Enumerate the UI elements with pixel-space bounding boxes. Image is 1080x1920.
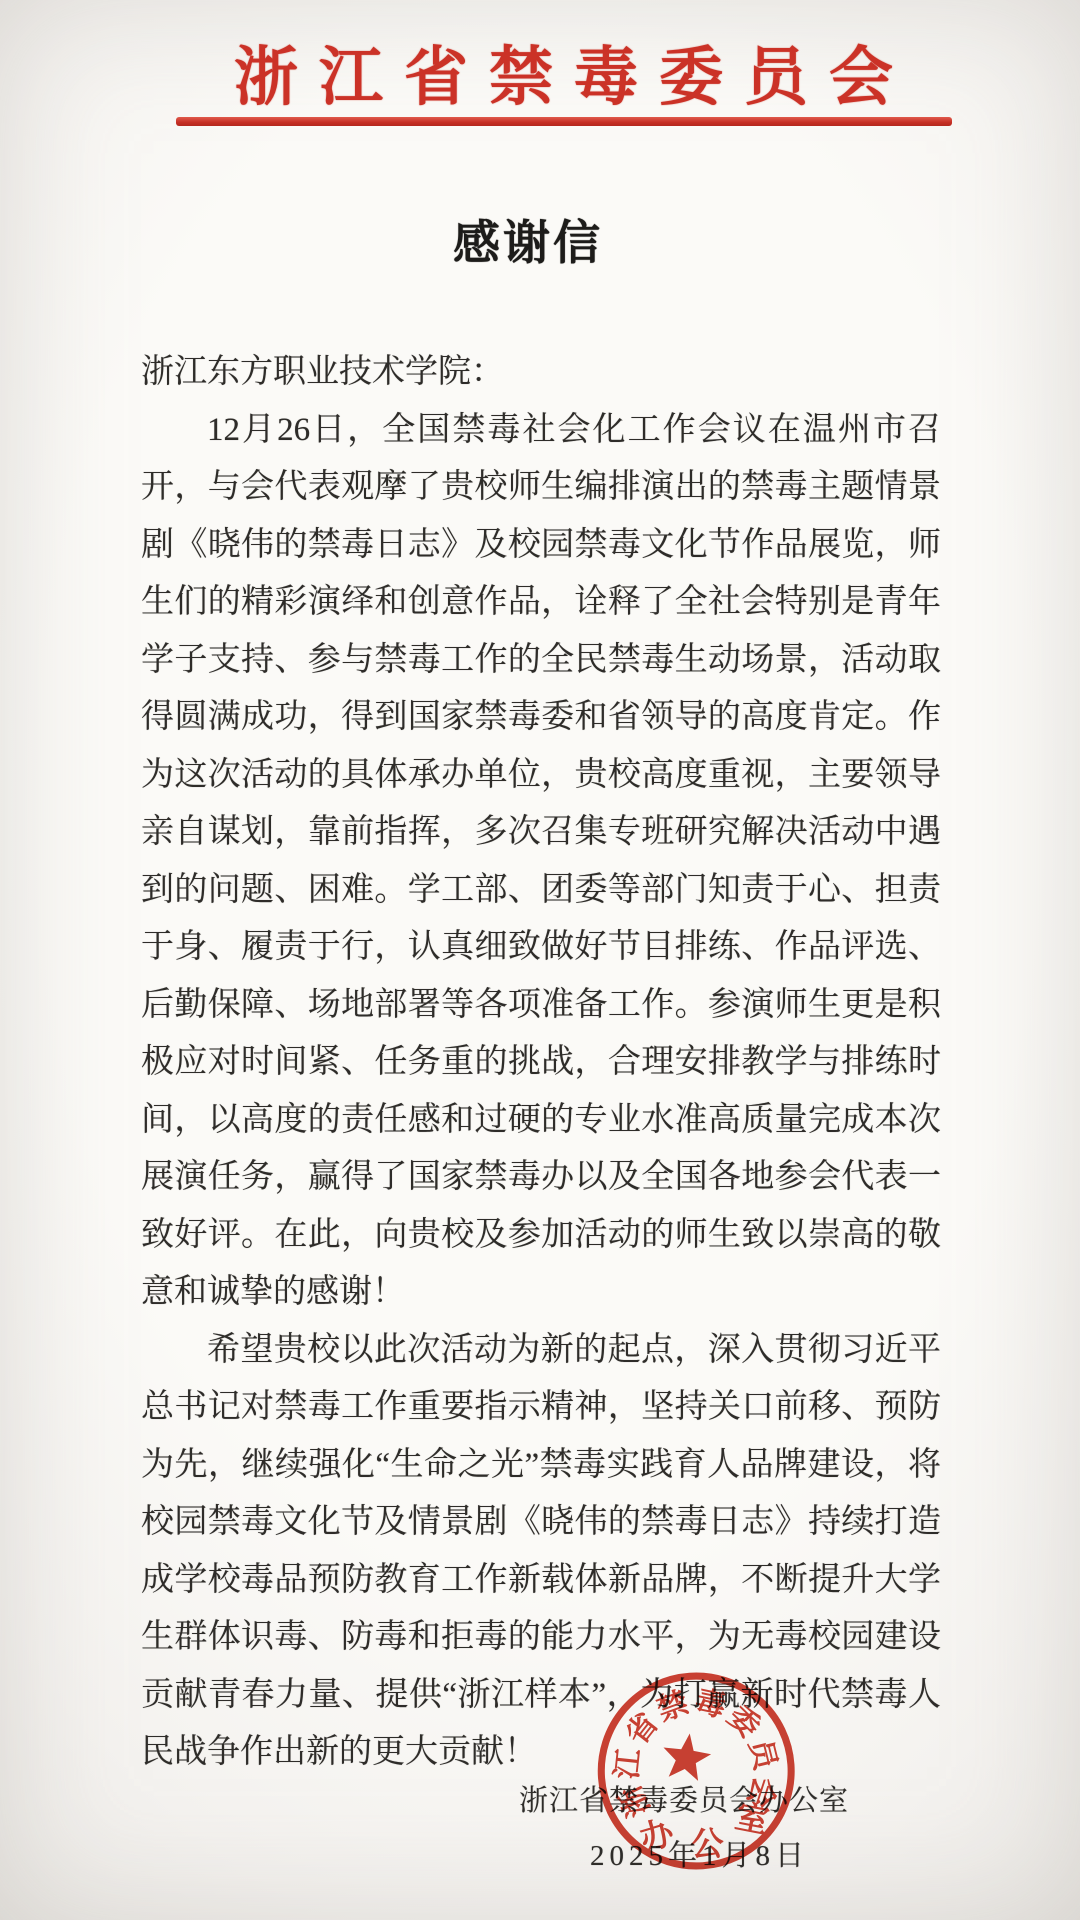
body-paragraph-1: 12月26日，全国禁毒社会化工作会议在温州市召开，与会代表观摩了贵校师生编排演出… (141, 402, 941, 1322)
seal-bottom-char: 公 (690, 1826, 725, 1864)
seal-ring-char: 委 (721, 1699, 766, 1745)
letter-title: 感谢信 (0, 206, 1068, 273)
body-paragraph-2: 希望贵校以此次活动为新的起点，深入贯彻习近平总书记对禁毒工作重要指示精神，坚持关… (141, 1322, 941, 1782)
salutation: 浙江东方职业技术学院： (141, 344, 941, 402)
red-star-icon (660, 1730, 714, 1782)
scanned-letter-page: 浙江省禁毒委员会 感谢信 浙江东方职业技术学院： 12月26日，全国禁毒社会化工… (0, 0, 1080, 1920)
letterhead-org-name: 浙江省禁毒委员会 (34, 26, 1080, 118)
letterhead-divider-line (176, 117, 952, 126)
official-seal: 浙江省禁毒委员会 办公室 (587, 1659, 805, 1877)
seal-ring-char: 江 (610, 1746, 647, 1780)
seal-bottom-char: 室 (732, 1798, 772, 1841)
seal-ring-char: 禁 (653, 1685, 693, 1727)
seal-ring-char: 毒 (692, 1684, 729, 1724)
letter-body: 浙江东方职业技术学院： 12月26日，全国禁毒社会化工作会议在温州市召开，与会代… (141, 344, 941, 1782)
seal-ring-char: 浙 (613, 1780, 657, 1822)
seal-ring-char: 员 (743, 1736, 784, 1776)
